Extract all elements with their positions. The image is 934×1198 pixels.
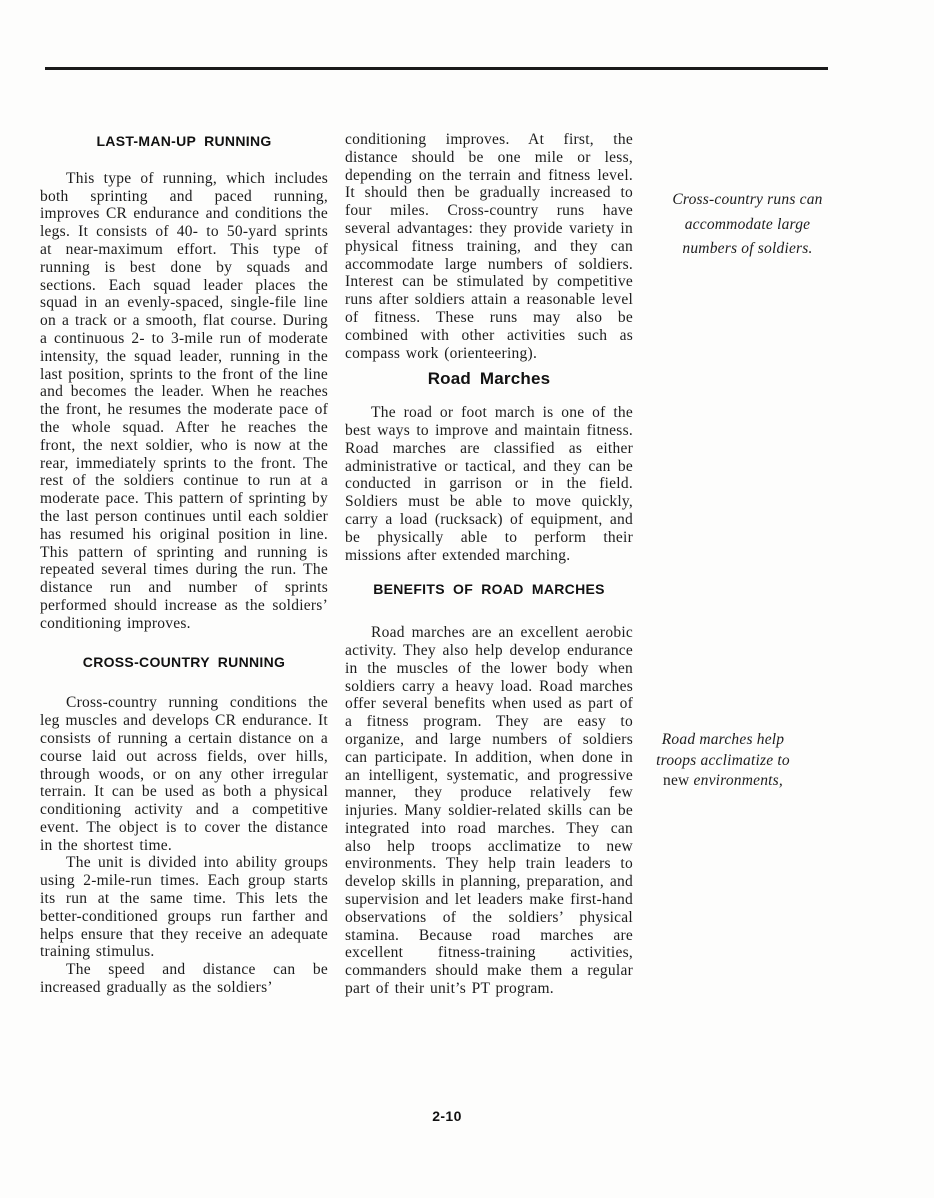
paragraph-benefits-of-road-marches: Road marches are an excellent aerobic ac… [345, 624, 633, 998]
header-rule [45, 67, 828, 70]
margin-note-road-marches: Road marches help troops acclimatize to … [638, 730, 808, 792]
paragraph-road-marches: The road or foot march is one of the bes… [345, 404, 633, 564]
document-page: LAST-MAN-UP RUNNING This type of running… [0, 0, 934, 1198]
margin-note-line: Cross-country runs can [655, 188, 840, 213]
heading-benefits-of-road-marches: BENEFITS OF ROAD MARCHES [345, 581, 633, 599]
paragraph-cross-country-2: The unit is divided into ability groups … [40, 854, 328, 961]
paragraph-cross-country-1: Cross-country running conditions the leg… [40, 694, 328, 854]
paragraph-cross-country-3: The speed and distance can be increased … [40, 961, 328, 997]
left-column: LAST-MAN-UP RUNNING This type of running… [40, 133, 328, 997]
margin-note-line: new environments, [638, 771, 808, 792]
margin-note-line: accommodate large [655, 213, 840, 238]
paragraph-cross-country-continued: conditioning improves. At first, the dis… [345, 131, 633, 362]
margin-note-word-italic: environments, [694, 772, 783, 789]
margin-note-cross-country: Cross-country runs can accommodate large… [655, 188, 840, 262]
paragraph-last-man-up: This type of running, which includes bot… [40, 170, 328, 633]
margin-note-line: troops acclimatize to [638, 751, 808, 772]
margin-note-line: numbers of soldiers. [655, 237, 840, 262]
middle-column: conditioning improves. At first, the dis… [345, 131, 633, 998]
page-number: 2-10 [397, 1108, 497, 1124]
margin-note-word-roman: new [663, 772, 689, 789]
heading-road-marches: Road Marches [345, 370, 633, 388]
heading-cross-country-running: CROSS-COUNTRY RUNNING [40, 654, 328, 672]
margin-note-line: Road marches help [638, 730, 808, 751]
heading-last-man-up-running: LAST-MAN-UP RUNNING [40, 133, 328, 151]
